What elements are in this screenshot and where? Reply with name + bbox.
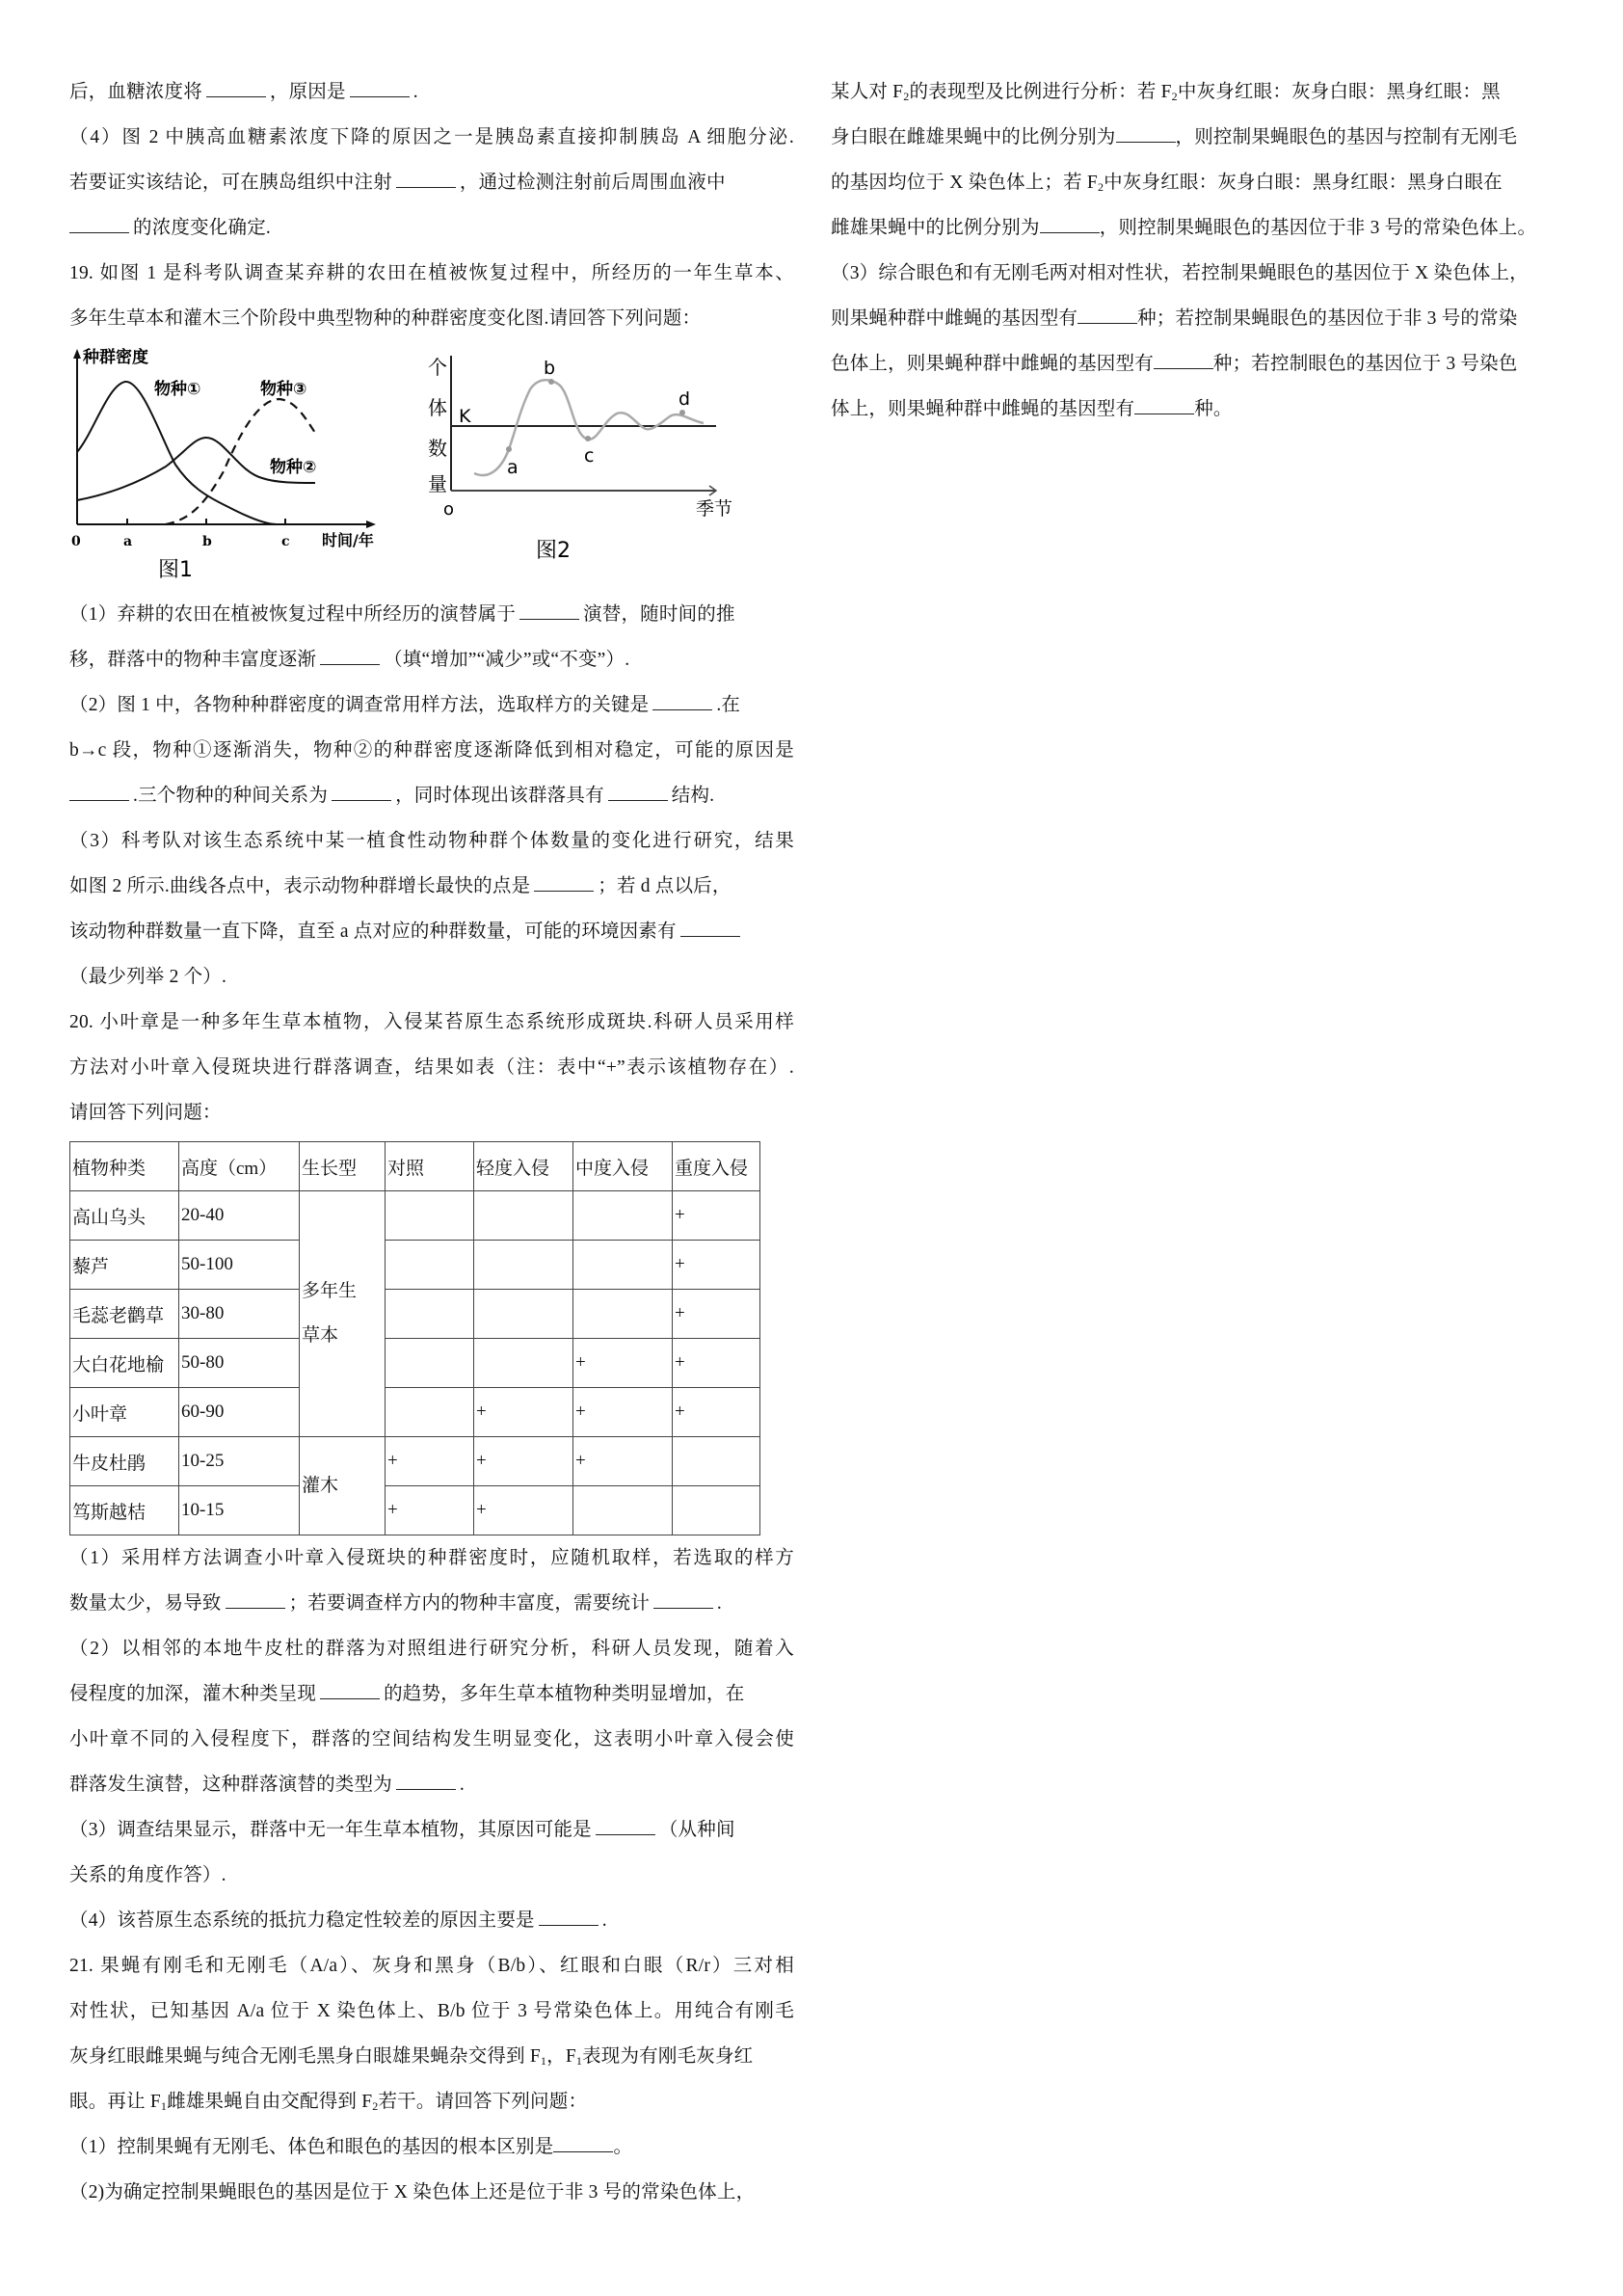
q20-stem: 20. 小叶章是一种多年生草本植物，入侵某苔原生态系统形成斑块.科研人员采用样: [69, 1000, 794, 1045]
answer-blank: [534, 873, 594, 892]
q20-part2-line: 群落发生演替，这种群落演替的类型为.: [69, 1762, 794, 1807]
table-cell: 60-90: [179, 1388, 300, 1437]
answer-blank: [680, 919, 740, 937]
q21-stem: 眼。再让 F1雌雄果蝇自由交配得到 F2若干。请回答下列问题：: [69, 2079, 794, 2124]
text: 色体上，则果蝇种群中雌蝇的基因型有: [831, 354, 1154, 374]
table-cell: +: [474, 1486, 573, 1535]
q20-part4-line: （4）该苔原生态系统的抵抗力稳定性较差的原因主要是.: [69, 1898, 794, 1943]
text: （1）控制果蝇有无刚毛、体色和眼色的基因的根本区别是: [69, 2137, 553, 2157]
figure-2-svg: 个 体 数 量 K o 季节 a b c d 图2: [414, 341, 752, 592]
svg-text:a: a: [507, 457, 519, 478]
table-cell: +: [673, 1388, 760, 1437]
table-cell: [573, 1191, 673, 1241]
table-cell: [386, 1339, 474, 1388]
answer-blank: [608, 783, 668, 801]
answer-blank: [226, 1590, 285, 1609]
svg-text:图1: 图1: [158, 558, 193, 582]
text: 后，血糖浓度将: [69, 82, 202, 102]
text: 则果蝇种群中雌蝇的基因型有: [831, 308, 1078, 329]
q21-part3-line: （3）综合眼色和有无刚毛两对相对性状，若控制果蝇眼色的基因位于 X 染色体上，: [831, 251, 1556, 296]
q21-stem: 21. 果蝇有刚毛和无刚毛（A/a）、灰身和黑身（B/b）、红眼和白眼（R/r）…: [69, 1943, 794, 1989]
answer-blank: [396, 1772, 456, 1790]
table-cell: [386, 1191, 474, 1241]
q21-cont-line: 身白眼在雌雄果蝇中的比例分别为，则控制果蝇眼色的基因与控制有无刚毛: [831, 115, 1556, 160]
text: 侵程度的加深，灌木种类呈现: [69, 1684, 316, 1704]
q19-part3-line: （最少列举 2 个）.: [69, 954, 794, 1000]
table-cell: 30-80: [179, 1290, 300, 1339]
text: 的表现型及比例进行分析：若 F: [909, 82, 1171, 102]
svg-text:种群密度: 种群密度: [82, 347, 148, 367]
text: 身白眼在雌雄果蝇中的比例分别为: [831, 127, 1116, 147]
table-cell: [386, 1241, 474, 1290]
table-cell: 毛蕊老鹳草: [70, 1290, 179, 1339]
q18-line: 后，血糖浓度将，原因是.: [69, 69, 794, 115]
svg-text:b: b: [202, 534, 212, 549]
table-row: 牛皮杜鹃 10-25 灌木 + + +: [70, 1437, 760, 1486]
left-column: 后，血糖浓度将，原因是. （4）图 2 中胰高血糖素浓度下降的原因之一是胰岛素直…: [69, 69, 794, 2215]
q18-part4-line: 的浓度变化确定.: [69, 205, 794, 251]
text: 该动物种群数量一直下降，直至 a 点对应的种群数量，可能的环境因素有: [69, 921, 677, 942]
table-cell: +: [573, 1388, 673, 1437]
answer-blank: [1154, 351, 1213, 369]
q19-part2-line: .三个物种的种间关系为，同时体现出该群落具有结构.: [69, 773, 794, 818]
table-cell: [573, 1486, 673, 1535]
text: ，则控制果蝇眼色的基因与控制有无刚毛: [1176, 127, 1518, 147]
figure-2-chart: 个 体 数 量 K o 季节 a b c d 图2: [414, 341, 752, 592]
q21-cont-line: 雌雄果蝇中的比例分别为，则控制果蝇眼色的基因位于非 3 号的常染色体上。: [831, 205, 1556, 251]
svg-text:图2: 图2: [536, 539, 571, 563]
q20-stem: 请回答下列问题：: [69, 1090, 794, 1135]
text: ，同时体现出该群落具有: [395, 786, 604, 806]
answer-blank: [1134, 396, 1194, 414]
svg-text:时间/年: 时间/年: [322, 531, 374, 549]
text: 的基因均位于 X 染色体上；若 F: [831, 173, 1098, 193]
table-cell: [474, 1339, 573, 1388]
text: .: [717, 1593, 722, 1614]
text: （1）弃耕的农田在植被恢复过程中所经历的演替属于: [69, 604, 516, 625]
text: 结构.: [672, 786, 714, 806]
q19-part1-line: 移，群落中的物种丰富度逐渐（填“增加”“减少”或“不变”）.: [69, 637, 794, 682]
text: 若要证实该结论，可在胰岛组织中注射: [69, 173, 392, 193]
text: 中灰身红眼：灰身白眼：黑身红眼：黑: [1178, 82, 1501, 102]
answer-blank: [332, 783, 391, 801]
q21-cont-line: 的基因均位于 X 染色体上；若 F2中灰身红眼：灰身白眼：黑身红眼：黑身白眼在: [831, 160, 1556, 205]
text: ；若要调查样方内的物种丰富度，需要统计: [289, 1593, 650, 1614]
q18-part4-line: 若要证实该结论，可在胰岛组织中注射，通过检测注射前后周围血液中: [69, 160, 794, 205]
figure-1-chart: 种群密度 0 a b c 时间/年 物种① 物种③ 物种② 图1: [69, 341, 407, 592]
text: 的趋势，多年生草本植物种类明显增加，在: [384, 1684, 744, 1704]
table-cell: +: [673, 1191, 760, 1241]
text: 的浓度变化确定.: [133, 218, 271, 238]
svg-text:d: d: [678, 388, 690, 410]
q19-part3-line: 该动物种群数量一直下降，直至 a 点对应的种群数量，可能的环境因素有: [69, 909, 794, 954]
answer-blank: [396, 170, 456, 188]
growth-type-label: 多年生草本: [302, 1269, 361, 1358]
q20-part1-line: 数量太少，易导致；若要调查样方内的物种丰富度，需要统计.: [69, 1581, 794, 1626]
text: 眼。再让 F: [69, 2092, 161, 2112]
right-column: 某人对 F2的表现型及比例进行分析：若 F2中灰身红眼：灰身白眼：黑身红眼：黑 …: [831, 69, 1556, 432]
answer-blank: [553, 2134, 613, 2152]
q19-part2-line: b→c 段，物种①逐渐消失，物种②的种群密度逐渐降低到相对稳定，可能的原因是: [69, 728, 794, 773]
text: .: [413, 82, 418, 102]
growth-type-cell: 多年生草本: [300, 1191, 386, 1437]
text: 表现为有刚毛灰身红: [582, 2046, 753, 2067]
table-header-cell: 高度（cm）: [179, 1142, 300, 1191]
text: 种；若控制果蝇眼色的基因位于非 3 号的常染: [1137, 308, 1517, 329]
table-cell: +: [573, 1339, 673, 1388]
text: （填“增加”“减少”或“不变”）.: [384, 650, 629, 670]
table-header-cell: 生长型: [300, 1142, 386, 1191]
q21-stem: 对性状，已知基因 A/a 位于 X 染色体上、B/b 位于 3 号常染色体上。用…: [69, 1989, 794, 2034]
q21-part1-line: （1）控制果蝇有无刚毛、体色和眼色的基因的根本区别是。: [69, 2124, 794, 2170]
table-row: 大白花地榆 50-80 + +: [70, 1339, 760, 1388]
text: 灰身红眼雌果蝇与纯合无刚毛黑身白眼雄果蝇杂交得到 F: [69, 2046, 541, 2067]
q20-part2-line: 侵程度的加深，灌木种类呈现的趋势，多年生草本植物种类明显增加，在: [69, 1671, 794, 1717]
q19-part2-line: （2）图 1 中，各物种种群密度的调查常用样方法，选取样方的关键是.在: [69, 682, 794, 728]
table-cell: [474, 1241, 573, 1290]
q19-figures: 种群密度 0 a b c 时间/年 物种① 物种③ 物种② 图1: [69, 341, 794, 592]
table-header-cell: 植物种类: [70, 1142, 179, 1191]
answer-blank: [320, 1681, 380, 1699]
text: （2）图 1 中，各物种种群密度的调查常用样方法，选取样方的关键是: [69, 695, 649, 715]
q20-survey-table: 植物种类 高度（cm） 生长型 对照 轻度入侵 中度入侵 重度入侵 高山乌头 2…: [69, 1141, 760, 1535]
svg-text:b: b: [544, 358, 555, 379]
text: 演替，随时间的推: [583, 604, 735, 625]
answer-blank: [69, 783, 129, 801]
text: （从种间: [659, 1820, 735, 1840]
table-cell: 20-40: [179, 1191, 300, 1241]
table-cell: [474, 1290, 573, 1339]
table-cell: [474, 1191, 573, 1241]
q21-part3-line: 则果蝇种群中雌蝇的基因型有种；若控制果蝇眼色的基因位于非 3 号的常染: [831, 296, 1556, 341]
table-cell: [386, 1290, 474, 1339]
q20-part2-line: 小叶章不同的入侵程度下，群落的空间结构发生明显变化，这表明小叶章入侵会使: [69, 1717, 794, 1762]
text: 种；若控制眼色的基因位于 3 号染色: [1213, 354, 1518, 374]
text: 中灰身红眼：灰身白眼：黑身红眼：黑身白眼在: [1104, 173, 1503, 193]
answer-blank: [596, 1817, 655, 1835]
text: .: [460, 1775, 465, 1795]
q19-part3-line: （3）科考队对该生态系统中某一植食性动物种群个体数量的变化进行研究，结果: [69, 818, 794, 864]
text: ，则控制果蝇眼色的基因位于非 3 号的常染色体上。: [1100, 218, 1537, 238]
table-cell: [673, 1437, 760, 1486]
svg-text:物种③: 物种③: [260, 379, 306, 399]
table-cell: 笃斯越桔: [70, 1486, 179, 1535]
q21-cont-line: 某人对 F2的表现型及比例进行分析：若 F2中灰身红眼：灰身白眼：黑身红眼：黑: [831, 69, 1556, 115]
text: 若干。请回答下列问题：: [378, 2092, 587, 2112]
svg-text:体: 体: [428, 396, 447, 419]
table-cell: 高山乌头: [70, 1191, 179, 1241]
text: 雌雄果蝇自由交配得到 F: [167, 2092, 372, 2112]
table-row: 藜芦 50-100 +: [70, 1241, 760, 1290]
text: 雌雄果蝇中的比例分别为: [831, 218, 1040, 238]
table-cell: [673, 1486, 760, 1535]
svg-text:物种②: 物种②: [270, 457, 316, 477]
svg-text:c: c: [281, 534, 290, 549]
answer-blank: [539, 1908, 599, 1926]
text: 种。: [1194, 399, 1232, 419]
table-cell: +: [386, 1486, 474, 1535]
text: （3）调查结果显示，群落中无一年生草本植物，其原因可能是: [69, 1820, 592, 1840]
q20-part3-line: 关系的角度作答）.: [69, 1853, 794, 1898]
text: ，通过检测注射前后周围血液中: [460, 173, 726, 193]
text: 。: [613, 2137, 632, 2157]
growth-type-cell: 灌木: [300, 1437, 386, 1535]
answer-blank: [653, 1590, 713, 1609]
answer-blank: [519, 601, 579, 620]
table-cell: 小叶章: [70, 1388, 179, 1437]
table-cell: 大白花地榆: [70, 1339, 179, 1388]
text: （4）该苔原生态系统的抵抗力稳定性较差的原因主要是: [69, 1910, 535, 1931]
text: 数量太少，易导致: [69, 1593, 222, 1614]
table-row: 小叶章 60-90 + + +: [70, 1388, 760, 1437]
table-cell: +: [573, 1437, 673, 1486]
q18-part4-line: （4）图 2 中胰高血糖素浓度下降的原因之一是胰岛素直接抑制胰岛 A 细胞分泌.: [69, 115, 794, 160]
answer-blank: [350, 79, 410, 97]
table-row: 毛蕊老鹳草 30-80 +: [70, 1290, 760, 1339]
text: 移，群落中的物种丰富度逐渐: [69, 650, 316, 670]
text: 某人对 F: [831, 82, 903, 102]
table-cell: 10-15: [179, 1486, 300, 1535]
table-cell: 50-80: [179, 1339, 300, 1388]
svg-text:c: c: [584, 445, 594, 467]
q19-stem: 19. 如图 1 是科考队调查某弃耕的农田在植被恢复过程中，所经历的一年生草本、: [69, 251, 794, 296]
q21-part2-line: （2)为确定控制果蝇眼色的基因是位于 X 染色体上还是位于非 3 号的常染色体上…: [69, 2170, 794, 2215]
table-header-cell: 重度入侵: [673, 1142, 760, 1191]
answer-blank: [652, 692, 712, 710]
table-header-cell: 中度入侵: [573, 1142, 673, 1191]
figure-1-svg: 种群密度 0 a b c 时间/年 物种① 物种③ 物种② 图1: [69, 341, 407, 592]
table-row: 高山乌头 20-40 多年生草本 +: [70, 1191, 760, 1241]
table-header-row: 植物种类 高度（cm） 生长型 对照 轻度入侵 中度入侵 重度入侵: [70, 1142, 760, 1191]
q19-stem: 多年生草本和灌木三个阶段中典型物种的种群密度变化图.请回答下列问题：: [69, 296, 794, 341]
svg-text:季节: 季节: [696, 497, 732, 520]
table-cell: 10-25: [179, 1437, 300, 1486]
text: 体上，则果蝇种群中雌蝇的基因型有: [831, 399, 1134, 419]
answer-blank: [206, 79, 266, 97]
table-cell: [573, 1241, 673, 1290]
q19-part3-line: 如图 2 所示.曲线各点中，表示动物种群增长最快的点是；若 d 点以后，: [69, 864, 794, 909]
text: .在: [716, 695, 740, 715]
q20-part3-line: （3）调查结果显示，群落中无一年生草本植物，其原因可能是（从种间: [69, 1807, 794, 1853]
table-cell: [386, 1388, 474, 1437]
svg-text:量: 量: [428, 472, 447, 495]
text: .: [602, 1910, 607, 1931]
answer-blank: [1040, 215, 1100, 233]
table-cell: +: [673, 1241, 760, 1290]
table-cell: 藜芦: [70, 1241, 179, 1290]
text: 群落发生演替，这种群落演替的类型为: [69, 1775, 392, 1795]
table-cell: +: [673, 1339, 760, 1388]
text: ；若 d 点以后，: [598, 876, 731, 896]
svg-text:a: a: [123, 534, 132, 549]
q20-stem: 方法对小叶章入侵斑块进行群落调查，结果如表（注：表中“+”表示该植物存在）.: [69, 1045, 794, 1090]
answer-blank: [1116, 124, 1176, 143]
table-cell: +: [673, 1290, 760, 1339]
text: 如图 2 所示.曲线各点中，表示动物种群增长最快的点是: [69, 876, 530, 896]
answer-blank: [1078, 306, 1137, 324]
svg-text:K: K: [459, 406, 471, 427]
answer-blank: [69, 215, 129, 233]
svg-text:物种①: 物种①: [154, 379, 200, 399]
q21-part3-line: 体上，则果蝇种群中雌蝇的基因型有种。: [831, 387, 1556, 432]
text: .三个物种的种间关系为: [133, 786, 328, 806]
q20-part2-line: （2）以相邻的本地牛皮杜的群落为对照组进行研究分析，科研人员发现，随着入: [69, 1626, 794, 1671]
table-cell: 牛皮杜鹃: [70, 1437, 179, 1486]
text: ，F: [546, 2046, 576, 2067]
table-cell: +: [474, 1388, 573, 1437]
table-row: 笃斯越桔 10-15 + +: [70, 1486, 760, 1535]
table-header-cell: 对照: [386, 1142, 474, 1191]
table-cell: 50-100: [179, 1241, 300, 1290]
table-cell: +: [386, 1437, 474, 1486]
answer-blank: [320, 647, 380, 665]
table-cell: [573, 1290, 673, 1339]
q20-part1-line: （1）采用样方法调查小叶章入侵斑块的种群密度时，应随机取样，若选取的样方: [69, 1535, 794, 1581]
svg-text:个: 个: [428, 356, 447, 379]
table-header-cell: 轻度入侵: [474, 1142, 573, 1191]
svg-text:o: o: [443, 499, 454, 520]
q19-part1-line: （1）弃耕的农田在植被恢复过程中所经历的演替属于演替，随时间的推: [69, 592, 794, 637]
svg-text:0: 0: [71, 534, 81, 549]
q21-part3-line: 色体上，则果蝇种群中雌蝇的基因型有种；若控制眼色的基因位于 3 号染色: [831, 341, 1556, 387]
table-cell: +: [474, 1437, 573, 1486]
svg-text:数: 数: [428, 437, 447, 460]
text: ，原因是: [270, 82, 346, 102]
q21-stem: 灰身红眼雌果蝇与纯合无刚毛黑身白眼雄果蝇杂交得到 F1，F1表现为有刚毛灰身红: [69, 2034, 794, 2079]
